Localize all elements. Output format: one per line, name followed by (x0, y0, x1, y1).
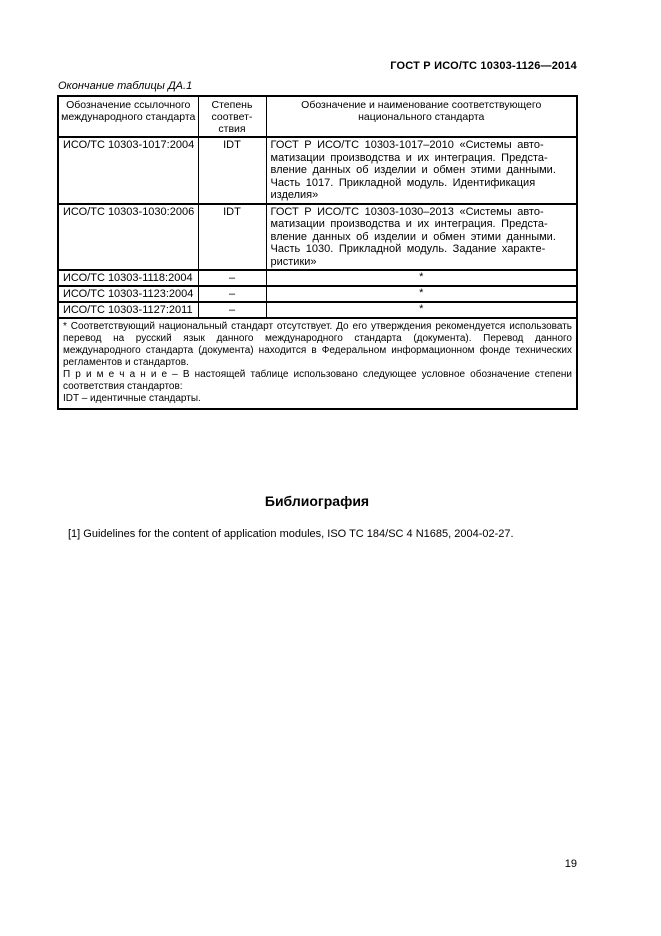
table-header-row: Обозначение ссылочного международного ст… (58, 96, 577, 137)
table-footnote: * Соответствующий национальный стандарт … (58, 318, 577, 409)
bibliography-entry: [1] Guidelines for the content of applic… (68, 528, 577, 541)
degree-cell: – (198, 286, 266, 302)
national-standard-cell: * (266, 286, 577, 302)
table-caption: Окончание таблицы ДА.1 (58, 80, 192, 92)
table-row: ИСО/ТС 10303-1123:2004 – * (58, 286, 577, 302)
degree-cell: – (198, 302, 266, 318)
footnote-idt-definition: IDT – идентичные стандарты. (63, 393, 572, 405)
footnote-note: П р и м е ч а н и е – В настоящей таблиц… (63, 369, 572, 393)
table-row: ИСО/ТС 10303-1030:2006 IDT ГОСТ Р ИСО/ТС… (58, 204, 577, 271)
degree-cell: IDT (198, 137, 266, 204)
reference-standard-cell: ИСО/ТС 10303-1030:2006 (58, 204, 198, 271)
page-number: 19 (57, 858, 577, 870)
degree-cell: IDT (198, 204, 266, 271)
table-row: ИСО/ТС 10303-1127:2011 – * (58, 302, 577, 318)
document-page: ГОСТ Р ИСО/ТС 10303-1126—2014 Окончание … (0, 0, 661, 936)
standards-correspondence-table: Обозначение ссылочного международного ст… (57, 95, 578, 410)
national-standard-cell: ГОСТ Р ИСО/ТС 10303-1017–2010 «Системы а… (266, 137, 577, 204)
national-standard-cell: * (266, 302, 577, 318)
reference-standard-cell: ИСО/ТС 10303-1127:2011 (58, 302, 198, 318)
national-standard-cell: ГОСТ Р ИСО/ТС 10303-1030–2013 «Системы а… (266, 204, 577, 271)
degree-cell: – (198, 270, 266, 286)
col-header-degree: Степень соответ- ствия (198, 96, 266, 137)
col-header-national-standard: Обозначение и наименование соответствующ… (266, 96, 577, 137)
document-header: ГОСТ Р ИСО/ТС 10303-1126—2014 (57, 60, 577, 72)
reference-standard-cell: ИСО/ТС 10303-1017:2004 (58, 137, 198, 204)
bibliography-title: Библиография (57, 493, 577, 509)
reference-standard-cell: ИСО/ТС 10303-1123:2004 (58, 286, 198, 302)
national-standard-cell: * (266, 270, 577, 286)
col-header-reference-standard: Обозначение ссылочного международного ст… (58, 96, 198, 137)
footnote-star-note: * Соответствующий национальный стандарт … (63, 321, 572, 369)
table-row: ИСО/ТС 10303-1118:2004 – * (58, 270, 577, 286)
table-row: ИСО/ТС 10303-1017:2004 IDT ГОСТ Р ИСО/ТС… (58, 137, 577, 204)
table-footnote-row: * Соответствующий национальный стандарт … (58, 318, 577, 409)
reference-standard-cell: ИСО/ТС 10303-1118:2004 (58, 270, 198, 286)
